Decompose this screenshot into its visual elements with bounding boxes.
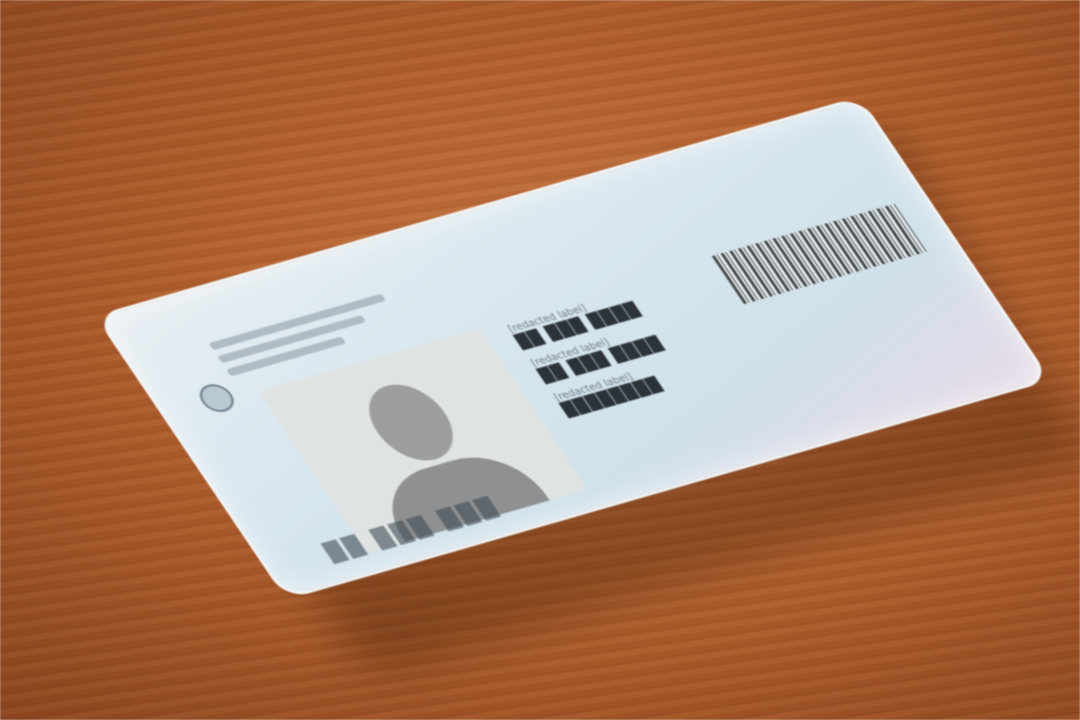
- card-fields: [redacted label] ██ ███ ████ [redacted l…: [506, 291, 695, 428]
- barcode-icon: [712, 204, 927, 304]
- silhouette-head-icon: [353, 376, 470, 469]
- emblem-icon: [194, 381, 240, 415]
